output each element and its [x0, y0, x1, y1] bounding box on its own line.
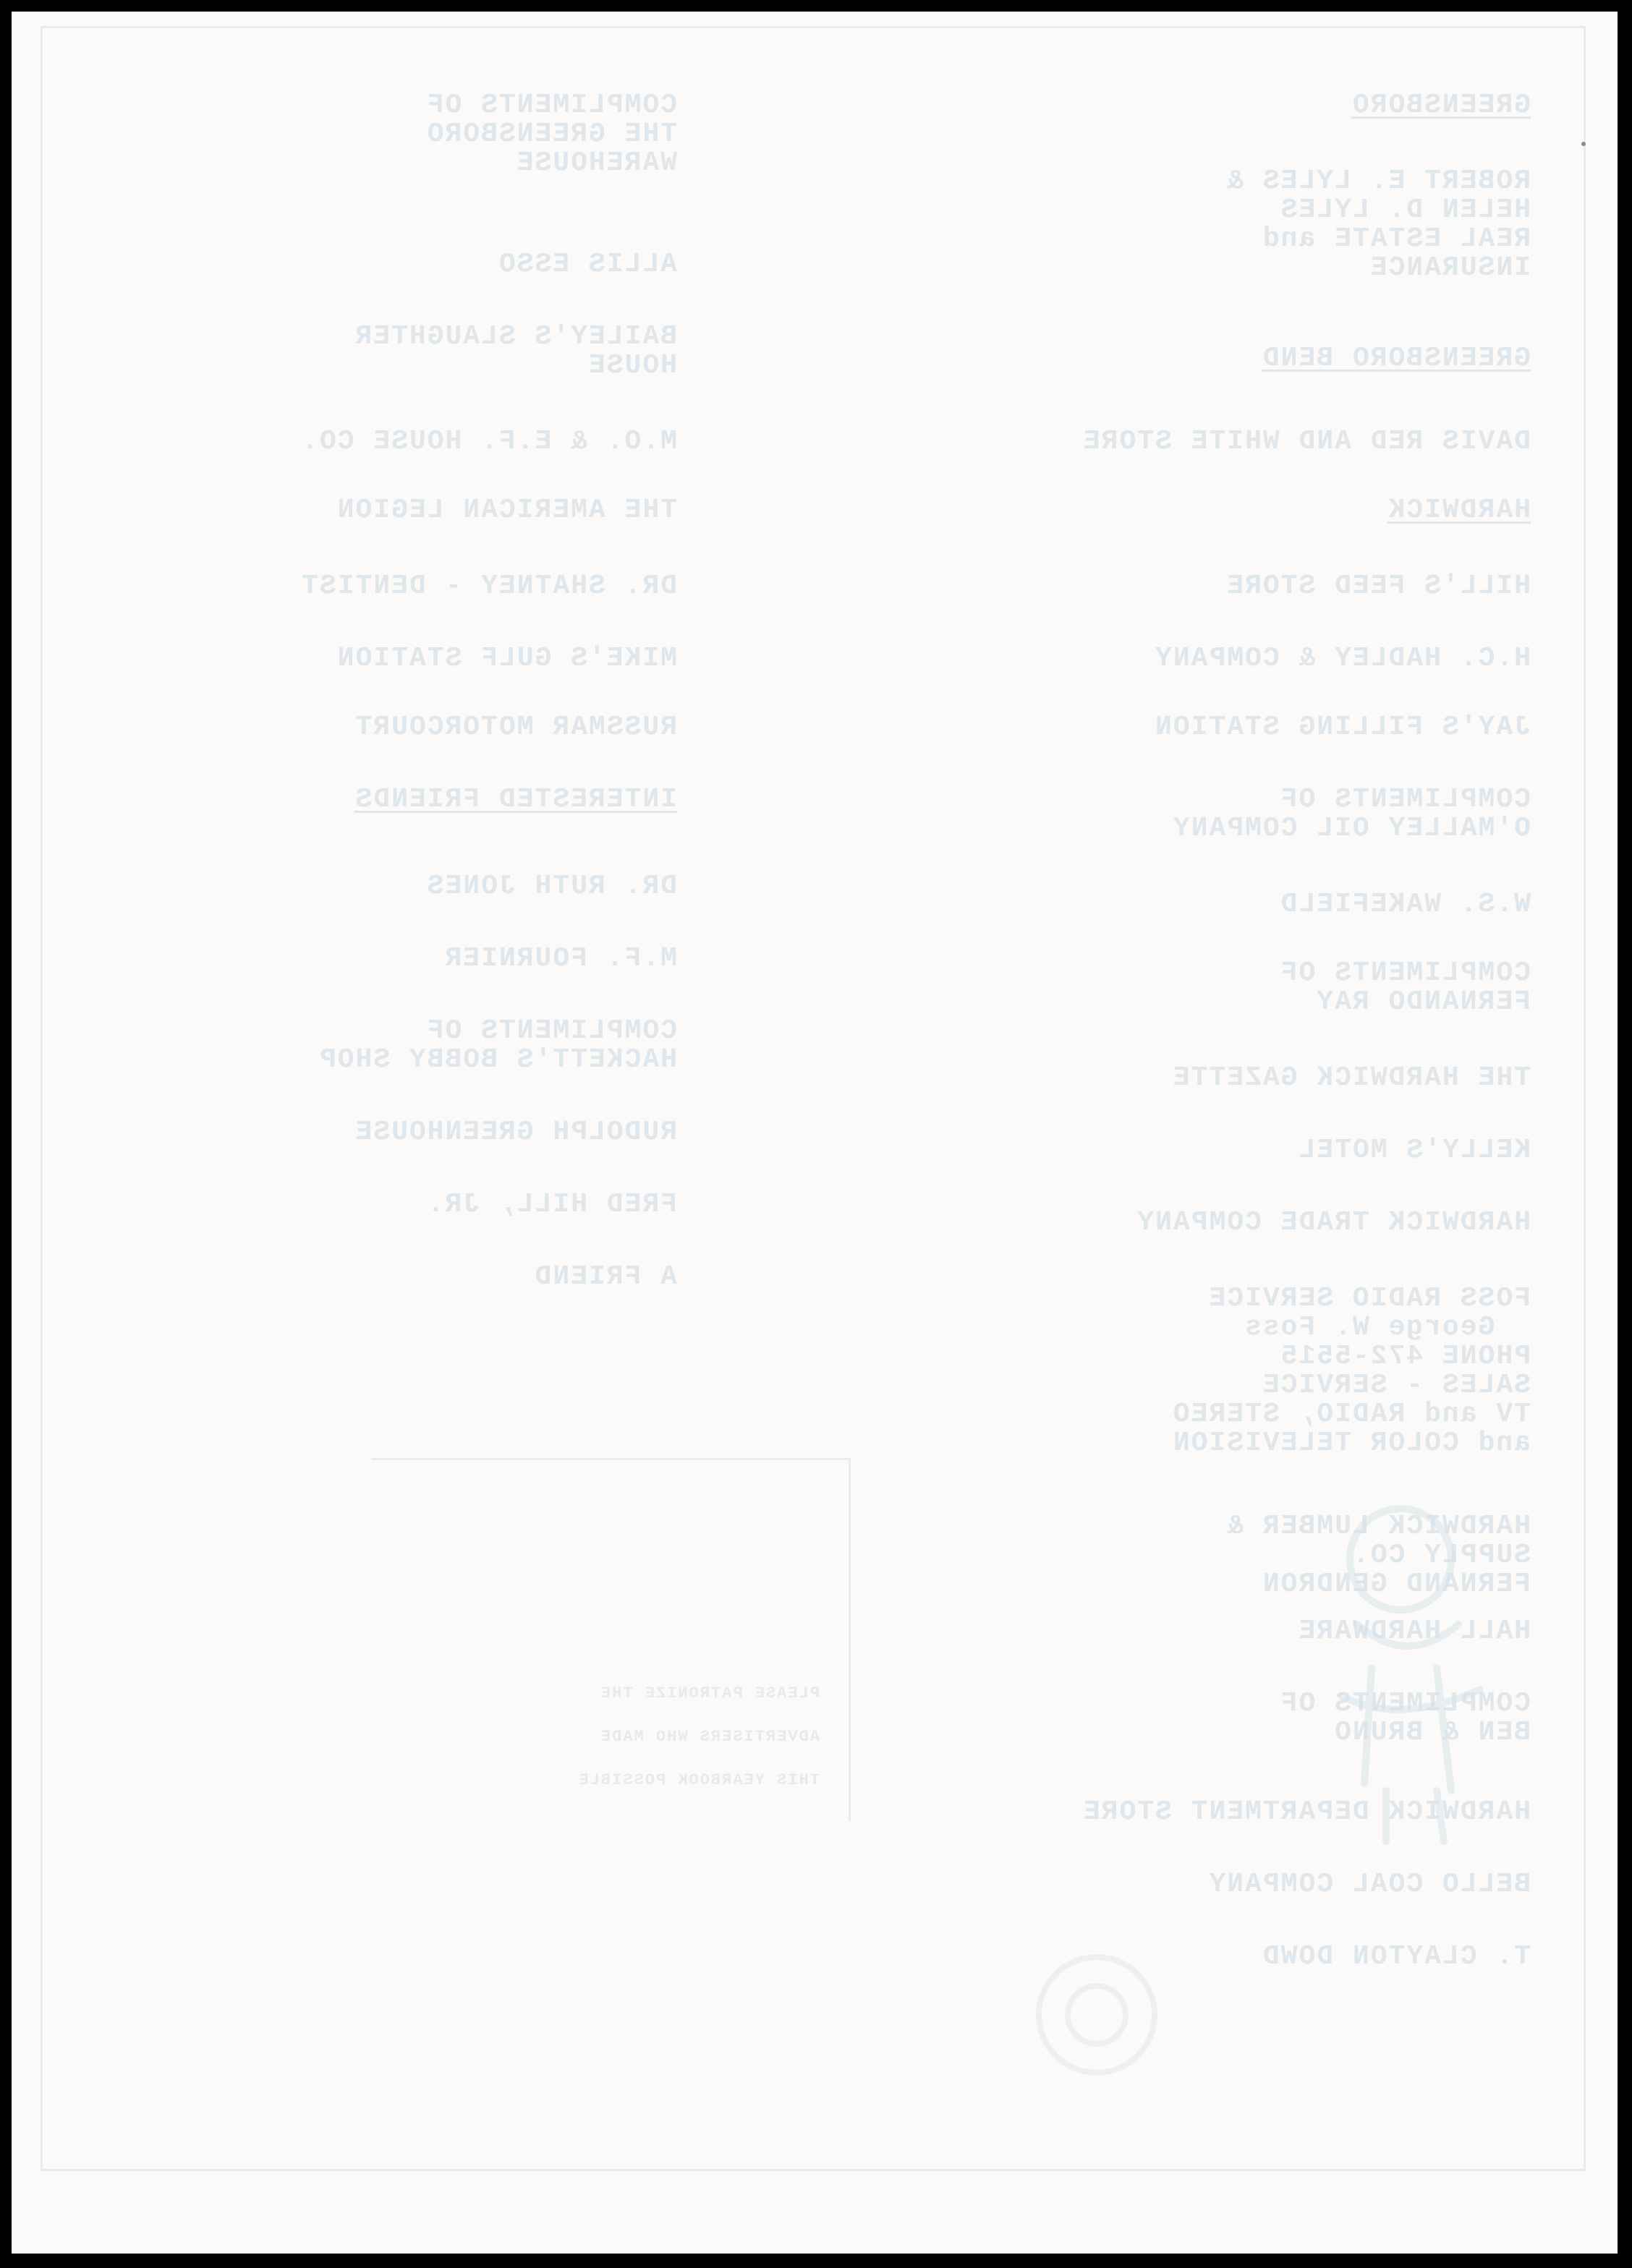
listing-entry: FOSS RADIO SERVICE George W. Foss PHONE … — [1172, 1284, 1531, 1458]
listing-entry: BELLO COAL COMPANY — [1208, 1870, 1531, 1899]
bleed-through-layer: GREENSBOROROBERT E. LYLES & HELEN D. LYL… — [12, 12, 1618, 2254]
listing-entry: BAILEY'S SLAUGHTER HOUSE — [354, 323, 677, 380]
listing-entry: M.O. & E.F. HOUSE CO. — [300, 427, 677, 456]
section-heading: GREENSBORO BEND — [1262, 344, 1531, 373]
listing-entry: THE HARDWICK GAZETTE — [1172, 1064, 1531, 1093]
listing-entry: ROBERT E. LYLES & HELEN D. LYLES REAL ES… — [1225, 167, 1531, 283]
listing-entry: COMPLIMENTS OF THE GREENSBORO WAREHOUSE — [426, 91, 677, 178]
section-heading: HARDWICK — [1387, 496, 1531, 525]
section-heading: GREENSBORO — [1351, 91, 1531, 120]
listing-entry: DAVIS RED AND WHITE STORE — [1082, 427, 1531, 456]
listing-entry: ALLIS ESSO — [498, 250, 677, 279]
box-caption-line: THIS YEARBOOK POSSIBLE — [578, 1771, 820, 1789]
listing-entry: COMPLIMENTS OF HACKETT'S BOBBY SHOP — [318, 1017, 677, 1075]
listing-entry: A FRIEND — [534, 1263, 677, 1292]
box-caption-line: ADVERTISERS WHO MADE — [600, 1728, 820, 1746]
listing-entry: T. CLAYTON DOWD — [1262, 1943, 1531, 1971]
illustration-figure-icon — [1314, 1480, 1516, 1856]
listing-entry: KELLY'S MOTEL — [1298, 1136, 1531, 1165]
listing-entry: HILL'S FEED STORE — [1225, 572, 1531, 601]
listing-entry: COMPLIMENTS OF O'MALLEY OIL COMPANY — [1172, 785, 1531, 843]
illustration-ornament-icon — [1010, 1928, 1183, 2102]
box-caption-line: PLEASE PATRONIZE THE — [600, 1684, 820, 1702]
section-heading: INTERESTED FRIENDS — [354, 785, 677, 814]
listing-entry: RUSSMAR MOTORCOURT — [354, 713, 677, 742]
listing-entry: RUDOLPH GREENHOUSE — [354, 1118, 677, 1147]
listing-entry: DR. SHATNEY - DENTIST — [300, 572, 677, 601]
listing-entry: HARDWICK TRADE COMPANY — [1136, 1208, 1531, 1237]
listing-entry: M.F. FOURNIER — [444, 945, 677, 973]
listing-entry: FRED HILL, JR. — [426, 1190, 677, 1219]
scanned-page: GREENSBOROROBERT E. LYLES & HELEN D. LYL… — [12, 12, 1618, 2254]
listing-entry: THE AMERICAN LEGION — [336, 496, 677, 525]
listing-entry: JAY'S FILLING STATION — [1154, 713, 1531, 742]
listing-entry: DR. RUTH JONES — [426, 872, 677, 901]
listing-entry: MIKE'S GULF STATION — [336, 644, 677, 673]
listing-entry: W.S. WAKEFIELD — [1280, 890, 1531, 919]
listing-entry: COMPLIMENTS OF FERNANDO RAY — [1280, 959, 1531, 1017]
listing-entry: H.C. HADLEY & COMPANY — [1154, 644, 1531, 673]
patronize-box: PLEASE PATRONIZE THE ADVERTISERS WHO MAD… — [371, 1458, 851, 1822]
